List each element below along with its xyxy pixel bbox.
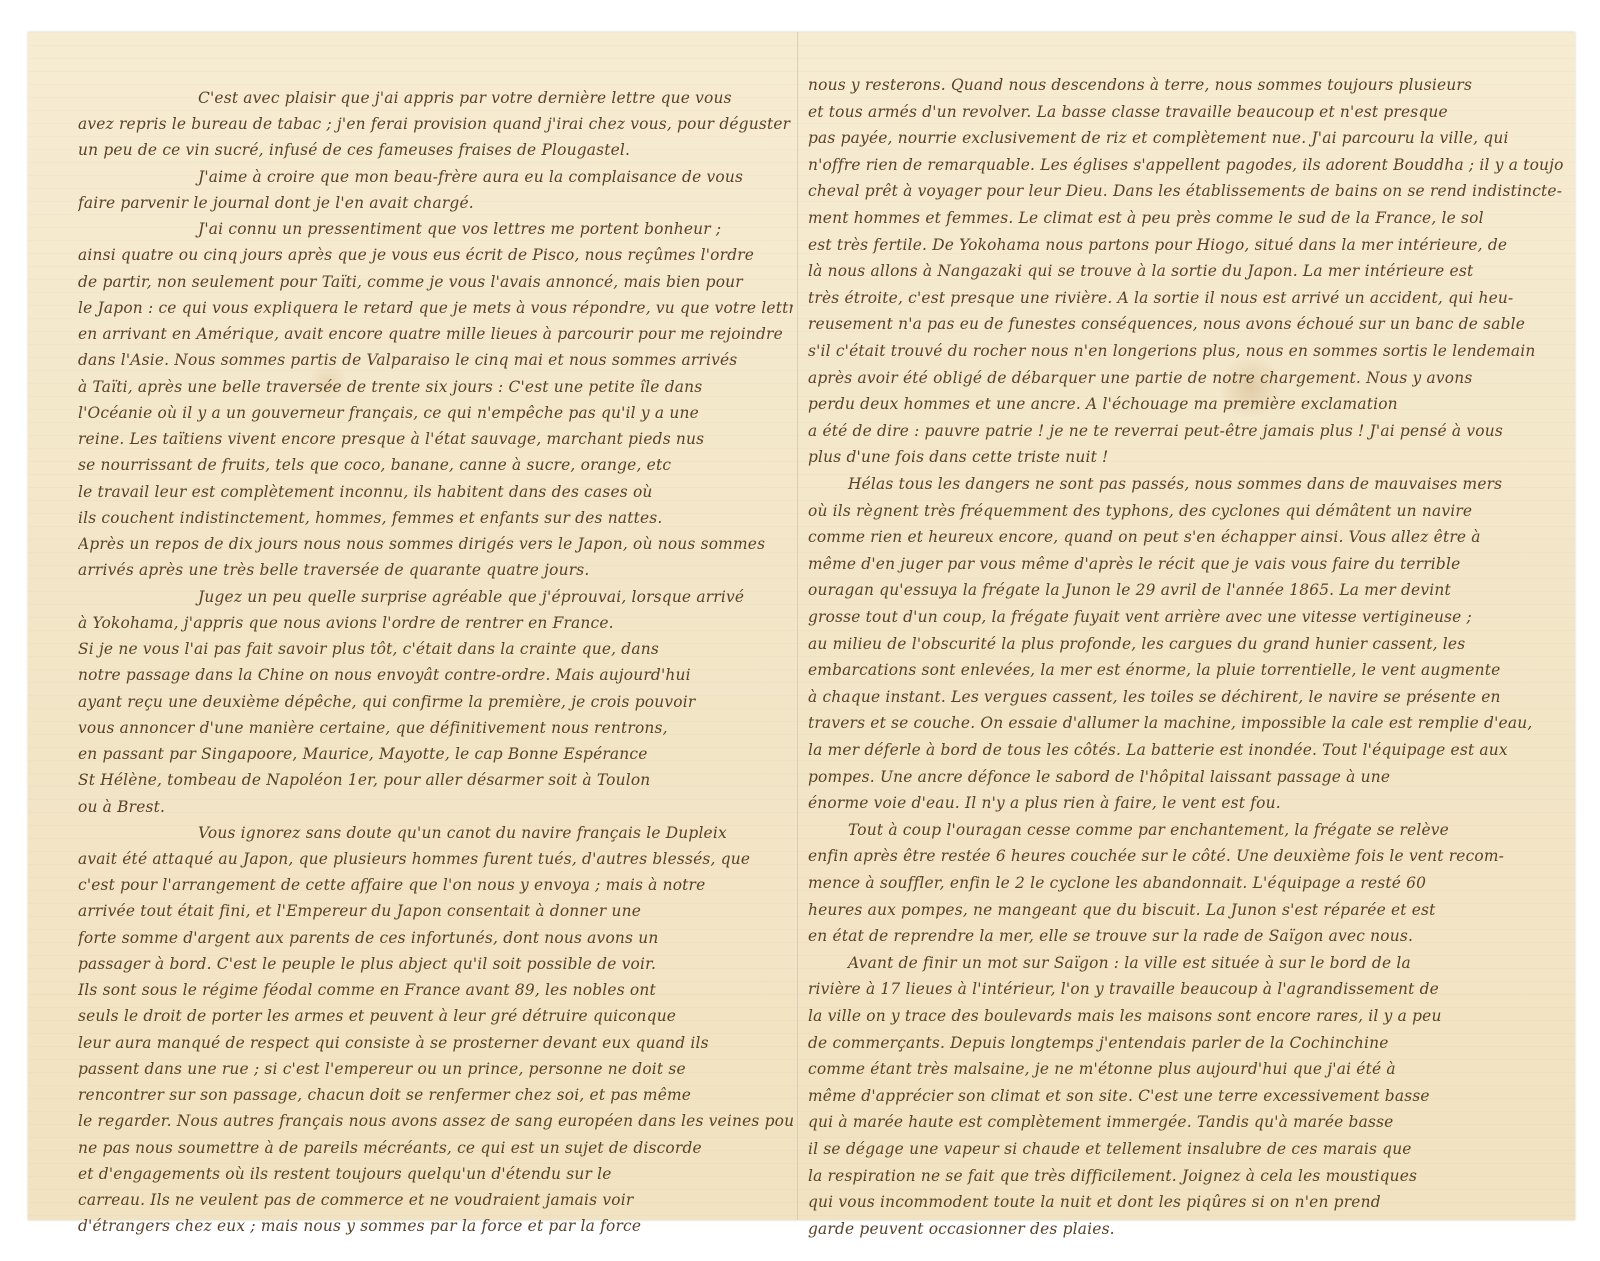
handwritten-line: avez repris le bureau de tabac ; j'en fe… <box>78 113 793 137</box>
handwritten-line: faire parvenir le journal dont je l'en a… <box>78 192 793 216</box>
handwritten-line: qui à marée haute est complètement immer… <box>808 1111 1563 1135</box>
handwritten-line: ment hommes et femmes. Le climat est à p… <box>808 207 1563 231</box>
handwritten-line: C'est avec plaisir que j'ai appris par v… <box>78 87 793 111</box>
handwritten-line: St Hélène, tombeau de Napoléon 1er, pour… <box>78 769 793 793</box>
handwritten-line: heures aux pompes, ne mangeant que du bi… <box>808 899 1563 923</box>
handwritten-line: le travail leur est complètement inconnu… <box>78 481 793 505</box>
letter-page-left: C'est avec plaisir que j'ai appris par v… <box>78 32 793 1220</box>
handwritten-line: au milieu de l'obscurité la plus profond… <box>808 633 1563 657</box>
handwritten-line: cheval prêt à voyager pour leur Dieu. Da… <box>808 180 1563 204</box>
handwritten-line: enfin après être restée 6 heures couchée… <box>808 845 1563 869</box>
handwritten-line: Ils sont sous le régime féodal comme en … <box>78 979 793 1003</box>
handwritten-line: se nourrissant de fruits, tels que coco,… <box>78 454 793 478</box>
handwritten-line: plus d'une fois dans cette triste nuit ! <box>808 446 1563 470</box>
handwritten-line: en état de reprendre la mer, elle se tro… <box>808 925 1563 949</box>
handwritten-line: un peu de ce vin sucré, infusé de ces fa… <box>78 139 793 163</box>
handwritten-line: d'étrangers chez eux ; mais nous y somme… <box>78 1215 793 1239</box>
handwritten-line: pompes. Une ancre défonce le sabord de l… <box>808 766 1563 790</box>
handwritten-line: arrivée tout était fini, et l'Empereur d… <box>78 900 793 924</box>
handwritten-line: de partir, non seulement pour Taïti, com… <box>78 271 793 295</box>
handwritten-line: où ils règnent très fréquemment des typh… <box>808 500 1563 524</box>
handwritten-line: à Taïti, après une belle traversée de tr… <box>78 376 793 400</box>
handwritten-line: a été de dire : pauvre patrie ! je ne te… <box>808 420 1563 444</box>
handwritten-line: c'est pour l'arrangement de cette affair… <box>78 874 793 898</box>
handwritten-line: en arrivant en Amérique, avait encore qu… <box>78 323 793 347</box>
handwritten-line: Tout à coup l'ouragan cesse comme par en… <box>808 819 1563 843</box>
handwritten-line: de commerçants. Depuis longtemps j'enten… <box>808 1032 1563 1056</box>
handwritten-line: avait été attaqué au Japon, que plusieur… <box>78 848 793 872</box>
handwritten-line: Si je ne vous l'ai pas fait savoir plus … <box>78 638 793 662</box>
handwritten-line: seuls le droit de porter les armes et pe… <box>78 1005 793 1029</box>
handwritten-line: comme rien et heureux encore, quand on p… <box>808 526 1563 550</box>
handwritten-line: travers et se couche. On essaie d'allume… <box>808 712 1563 736</box>
handwritten-line: la respiration ne se fait que très diffi… <box>808 1165 1563 1189</box>
handwritten-line: même d'en juger par vous même d'après le… <box>808 553 1563 577</box>
handwritten-line: garde peuvent occasionner des plaies. <box>808 1218 1563 1242</box>
handwritten-line: s'il c'était trouvé du rocher nous n'en … <box>808 340 1563 364</box>
handwritten-line: Après un repos de dix jours nous nous so… <box>78 533 793 557</box>
handwritten-line: forte somme d'argent aux parents de ces … <box>78 927 793 951</box>
handwritten-line: ainsi quatre ou cinq jours après que je … <box>78 244 793 268</box>
handwritten-line: à chaque instant. Les vergues cassent, l… <box>808 686 1563 710</box>
handwritten-line: vous annoncer d'une manière certaine, qu… <box>78 717 793 741</box>
handwritten-line: grosse tout d'un coup, la frégate fuyait… <box>808 606 1563 630</box>
handwritten-line: reine. Les taïtiens vivent encore presqu… <box>78 428 793 452</box>
handwritten-line: comme étant très malsaine, je ne m'étonn… <box>808 1058 1563 1082</box>
handwritten-line: arrivés après une très belle traversée d… <box>78 559 793 583</box>
handwritten-line: rivière à 17 lieues à l'intérieur, l'on … <box>808 978 1563 1002</box>
handwritten-line: qui vous incommodent toute la nuit et do… <box>808 1191 1563 1215</box>
handwritten-line: ayant reçu une deuxième dépêche, qui con… <box>78 691 793 715</box>
handwritten-line: leur aura manqué de respect qui consiste… <box>78 1032 793 1056</box>
handwritten-line: et d'engagements où ils restent toujours… <box>78 1163 793 1187</box>
handwritten-line: J'aime à croire que mon beau-frère aura … <box>78 166 793 190</box>
handwritten-line: dans l'Asie. Nous sommes partis de Valpa… <box>78 349 793 373</box>
page-fold <box>797 32 799 1220</box>
handwritten-line: ou à Brest. <box>78 796 793 820</box>
handwritten-line: carreau. Ils ne veulent pas de commerce … <box>78 1189 793 1213</box>
handwritten-line: rencontrer sur son passage, chacun doit … <box>78 1084 793 1108</box>
handwritten-line: et tous armés d'un revolver. La basse cl… <box>808 101 1563 125</box>
handwritten-line: ne pas nous soumettre à de pareils mécré… <box>78 1137 793 1161</box>
handwritten-line: Jugez un peu quelle surprise agréable qu… <box>78 586 793 610</box>
letter-page-right: nous y resterons. Quand nous descendons … <box>808 32 1563 1220</box>
handwritten-line: embarcations sont enlevées, la mer est é… <box>808 659 1563 683</box>
handwritten-line: Vous ignorez sans doute qu'un canot du n… <box>78 822 793 846</box>
handwritten-line: passager à bord. C'est le peuple le plus… <box>78 953 793 977</box>
handwritten-line: la mer déferle à bord de tous les côtés.… <box>808 739 1563 763</box>
letter-sheet: C'est avec plaisir que j'ai appris par v… <box>28 32 1575 1220</box>
handwritten-line: énorme voie d'eau. Il n'y a plus rien à … <box>808 792 1563 816</box>
handwritten-line: même d'apprécier son climat et son site.… <box>808 1085 1563 1109</box>
handwritten-line: nous y resterons. Quand nous descendons … <box>808 74 1563 98</box>
handwritten-line: il se dégage une vapeur si chaude et tel… <box>808 1138 1563 1162</box>
handwritten-line: Avant de finir un mot sur Saïgon : la vi… <box>808 952 1563 976</box>
handwritten-line: reusement n'a pas eu de funestes conséqu… <box>808 313 1563 337</box>
handwritten-line: en passant par Singapoore, Maurice, Mayo… <box>78 743 793 767</box>
handwritten-line: n'offre rien de remarquable. Les églises… <box>808 154 1563 178</box>
handwritten-line: mence à souffler, enfin le 2 le cyclone … <box>808 872 1563 896</box>
handwritten-line: perdu deux hommes et une ancre. A l'écho… <box>808 393 1563 417</box>
handwritten-line: à Yokohama, j'appris que nous avions l'o… <box>78 612 793 636</box>
handwritten-line: la ville on y trace des boulevards mais … <box>808 1005 1563 1029</box>
handwritten-line: l'Océanie où il y a un gouverneur frança… <box>78 402 793 426</box>
handwritten-line: notre passage dans la Chine on nous envo… <box>78 664 793 688</box>
handwritten-line: Hélas tous les dangers ne sont pas passé… <box>808 473 1563 497</box>
handwritten-line: J'ai connu un pressentiment que vos lett… <box>78 218 793 242</box>
handwritten-line: passent dans une rue ; si c'est l'empere… <box>78 1058 793 1082</box>
handwritten-line: ils couchent indistinctement, hommes, fe… <box>78 507 793 531</box>
handwritten-line: pas payée, nourrie exclusivement de riz … <box>808 127 1563 151</box>
handwritten-line: après avoir été obligé de débarquer une … <box>808 367 1563 391</box>
handwritten-line: ouragan qu'essuya la frégate la Junon le… <box>808 579 1563 603</box>
handwritten-line: là nous allons à Nangazaki qui se trouve… <box>808 260 1563 284</box>
handwritten-line: est très fertile. De Yokohama nous parto… <box>808 234 1563 258</box>
handwritten-line: très étroite, c'est presque une rivière.… <box>808 287 1563 311</box>
handwritten-line: le Japon : ce qui vous expliquera le ret… <box>78 297 793 321</box>
handwritten-line: le regarder. Nous autres français nous a… <box>78 1110 793 1134</box>
